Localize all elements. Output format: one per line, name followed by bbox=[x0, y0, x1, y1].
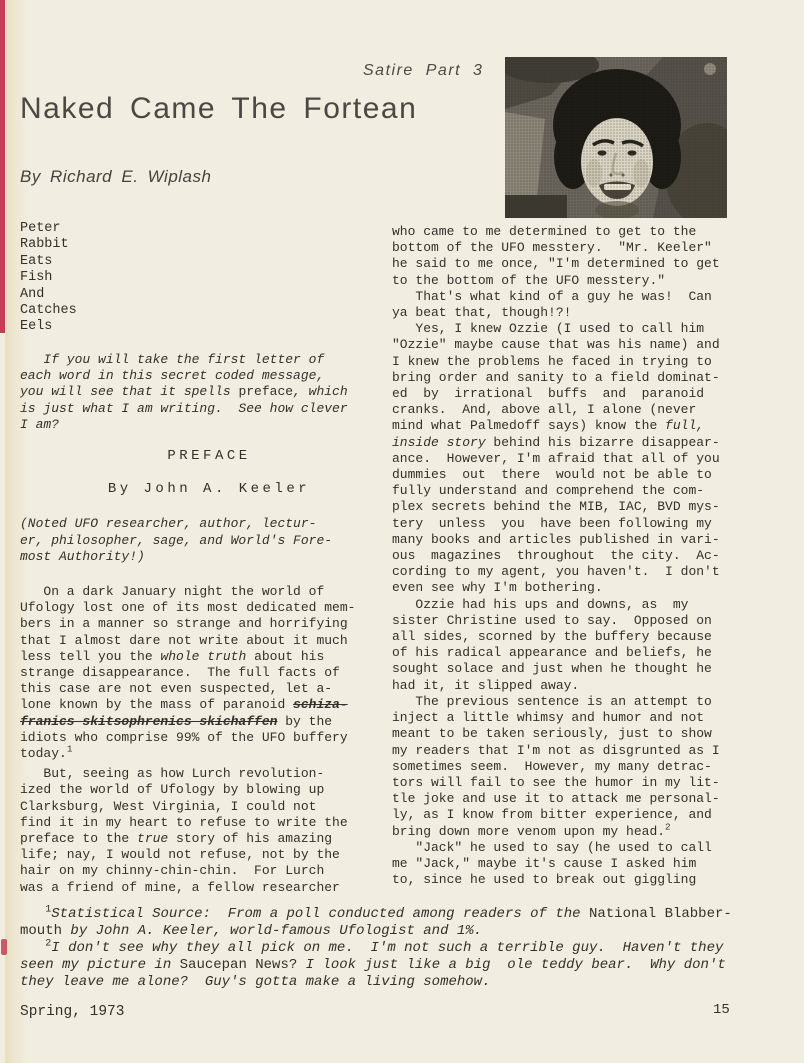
preface-heading: PREFACE bbox=[20, 448, 398, 464]
right-column: who came to me determined to get to the … bbox=[392, 224, 770, 888]
portrait-photo bbox=[505, 57, 727, 218]
footer-page-number: 15 bbox=[713, 1002, 730, 1018]
preface-paragraph-2: But, seeing as how Lurch revolution- ize… bbox=[20, 766, 398, 896]
magazine-page: Satire Part 3 Naked Came The Fortean By … bbox=[0, 0, 804, 1063]
preface-paragraph-1: On a dark January night the world of Ufo… bbox=[20, 584, 398, 762]
article-byline: By Richard E. Wiplash bbox=[20, 167, 211, 187]
satire-part-label: Satire Part 3 bbox=[363, 62, 483, 80]
page-title: Naked Came The Fortean bbox=[20, 92, 417, 126]
right-column-body: who came to me determined to get to the … bbox=[392, 224, 770, 888]
portrait-photo-graphic bbox=[505, 57, 727, 218]
left-edge-red-strip bbox=[0, 0, 5, 333]
left-edge-red-speck bbox=[1, 939, 7, 955]
intro-coded-message: If you will take the first letter of eac… bbox=[20, 352, 398, 433]
footnotes: 1Statistical Source: From a poll conduct… bbox=[20, 906, 786, 991]
acrostic-poem: Peter Rabbit Eats Fish And Catches Eels bbox=[20, 221, 77, 336]
footer-issue-date: Spring, 1973 bbox=[20, 1004, 124, 1020]
left-column: If you will take the first letter of eac… bbox=[20, 352, 398, 896]
author-credentials-note: (Noted UFO researcher, author, lectur- e… bbox=[20, 516, 398, 565]
preface-byline: By John A. Keeler bbox=[20, 481, 398, 497]
